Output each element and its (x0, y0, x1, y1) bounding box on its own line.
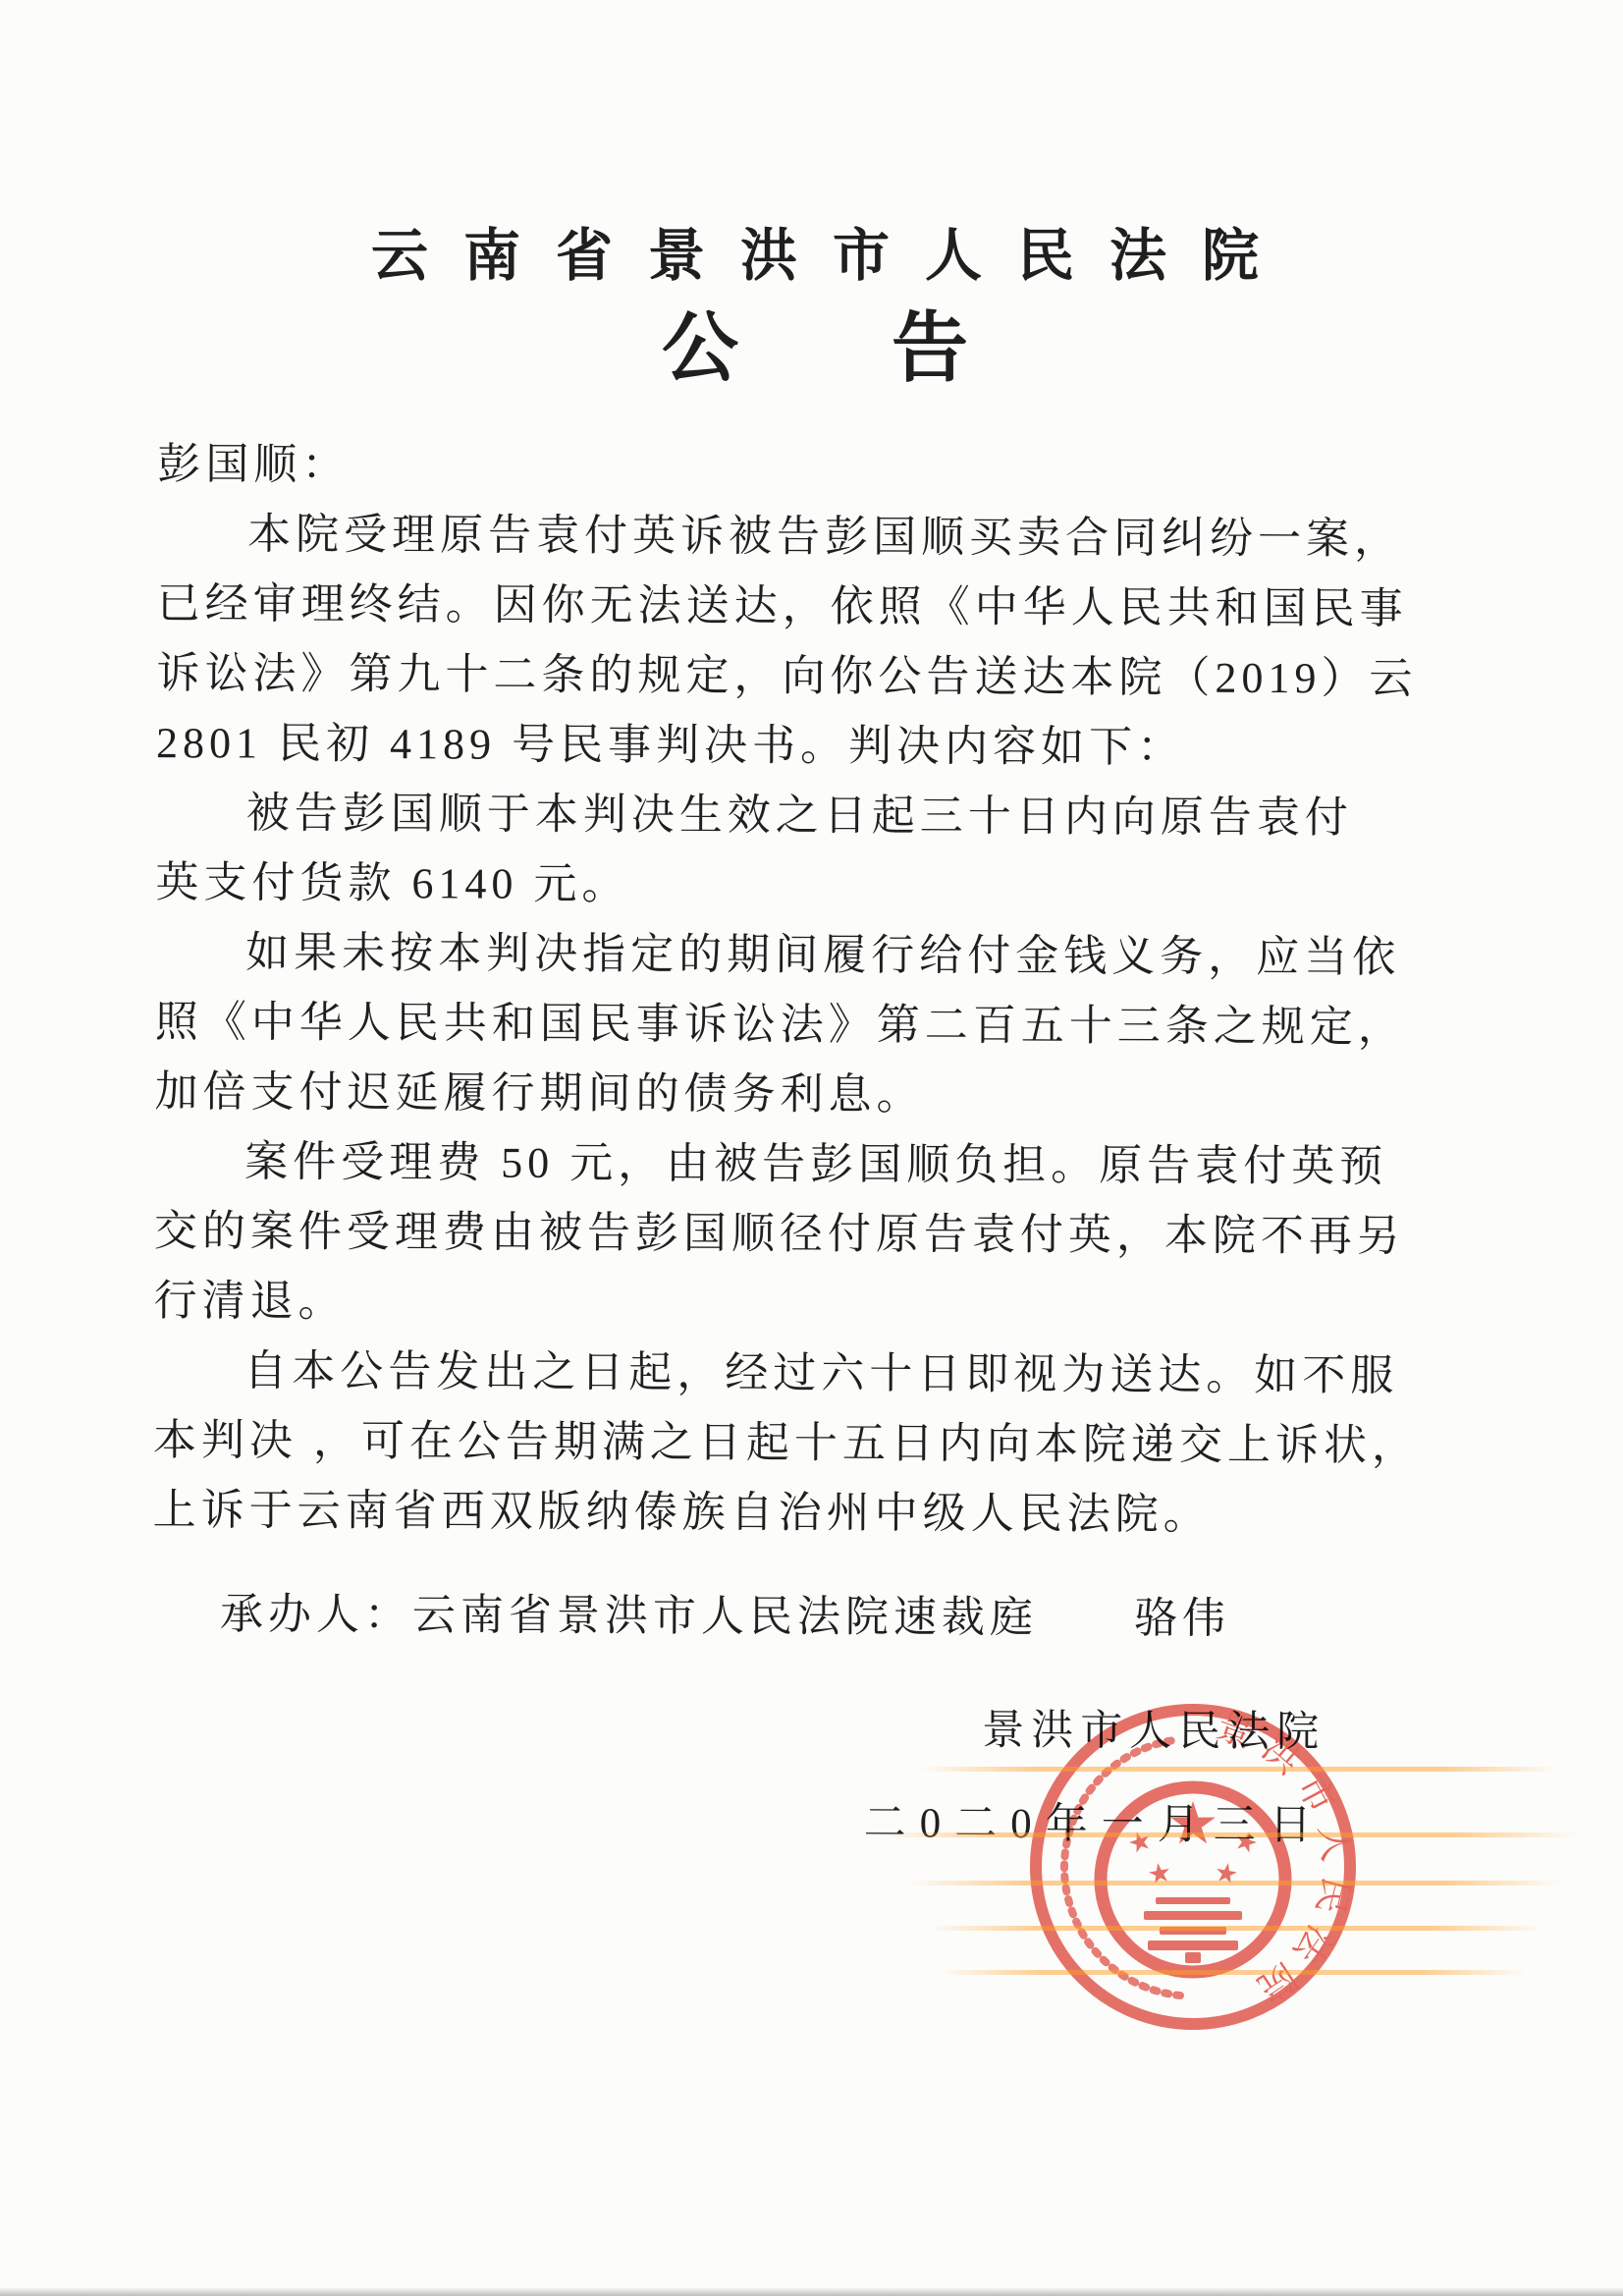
body-line: 如果未按本判决指定的期间履行给付金钱义务，应当依 (155, 917, 1475, 993)
body-line: 本判决 ，可在公告期满之日起十五日内向本院递交上诉状， (153, 1405, 1473, 1481)
body-line: 加倍支付迟延履行期间的债务利息。 (154, 1057, 1474, 1132)
body-line: 本院受理原告袁付英诉被告彭国顺买卖合同纠纷一案， (157, 499, 1477, 574)
scan-streak (929, 1926, 1542, 1931)
body-line: 诉讼法》第九十二条的规定，向你公告送达本院（2019）云 (156, 638, 1476, 714)
body-line: 2801 民初 4189 号民事判决书。判决内容如下： (156, 708, 1476, 784)
document-content: 云南省景洪市人民法院 公 告 彭国顺： 本院受理原告袁付英诉被告彭国顺买卖合同纠… (155, 220, 1475, 1870)
court-name-title: 云南省景洪市人民法院 (155, 220, 1475, 293)
body-line: 英支付货款 6140 元。 (155, 847, 1475, 923)
scan-streak (882, 1832, 1577, 1837)
body-line: 行清退。 (153, 1266, 1473, 1341)
signature-court-name: 景洪市人民法院 (155, 1679, 1325, 1778)
body-line: 彭国顺： (157, 429, 1477, 505)
body-line: 案件受理费 50 元，由被告彭国顺负担。原告袁付英预 (154, 1126, 1474, 1202)
body-line: 交的案件受理费由被告彭国顺径付原告袁付英，本院不再另 (154, 1196, 1474, 1272)
scan-streak (909, 1881, 1561, 1886)
body-line: 上诉于云南省西双版纳傣族自治州中级人民法院。 (153, 1475, 1473, 1551)
scanned-notice-page: 云南省景洪市人民法院 公 告 彭国顺： 本院受理原告袁付英诉被告彭国顺买卖合同纠… (0, 0, 1623, 2296)
signature-block: 景洪市人民法院 二0二0年一月三日 (155, 1679, 1476, 1873)
scan-streak (941, 1970, 1526, 1975)
scan-streak (921, 1767, 1557, 1772)
notice-title: 公 告 (155, 301, 1475, 395)
notice-body: 彭国顺： 本院受理原告袁付英诉被告彭国顺买卖合同纠纷一案， 已经审理终结。因你无… (153, 429, 1478, 1551)
signature-date: 二0二0年一月三日 (155, 1773, 1325, 1872)
undertaker-line: 承办人：云南省景洪市人民法院速裁庭 骆伟 (220, 1578, 1475, 1647)
scan-bottom-edge (0, 2287, 1623, 2296)
body-line: 被告彭国顺于本判决生效之日起三十日内向原告袁付 (156, 778, 1476, 853)
body-line: 自本公告发出之日起，经过六十日即视为送达。如不服 (153, 1336, 1473, 1411)
body-line: 照《中华人民共和国民事诉讼法》第二百五十三条之规定， (155, 987, 1475, 1063)
body-line: 已经审理终结。因你无法送达，依照《中华人民共和国民事 (157, 569, 1477, 644)
